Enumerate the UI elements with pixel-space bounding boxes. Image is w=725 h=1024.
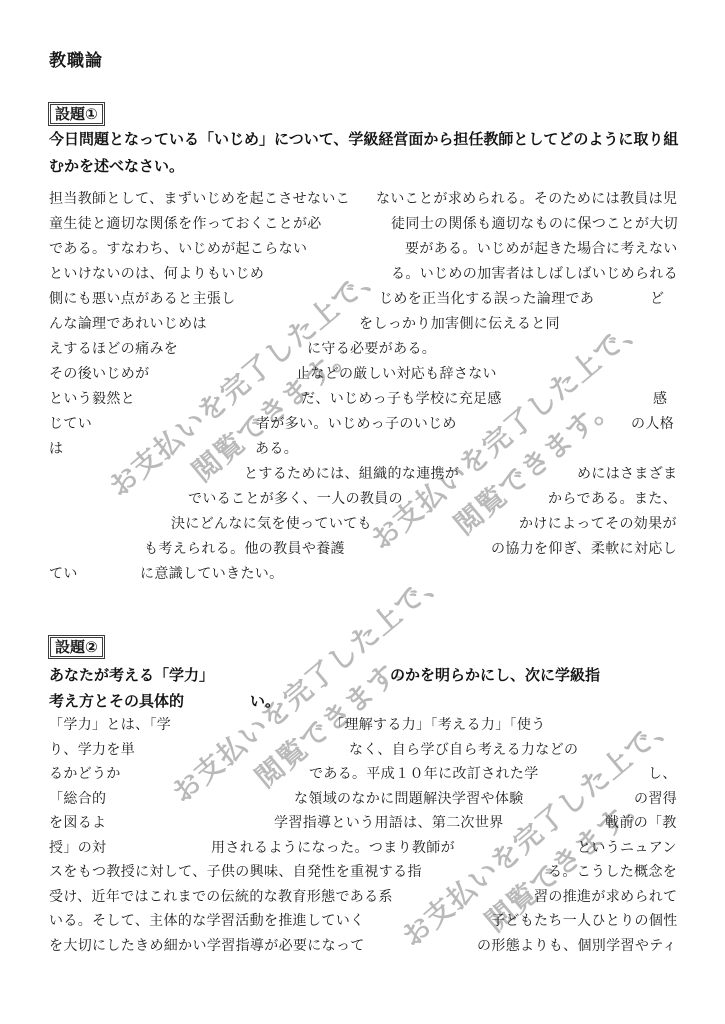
text-segment: 止などの厳しい対応も辞さない — [296, 363, 497, 383]
body-text-row: でいることが多く、一人の教員のからである。また、 — [49, 488, 677, 508]
question-text-row: 今日問題となっている「いじめ」について、学級経営面から担任教師としてどのように取… — [49, 128, 677, 148]
text-segment: 感 — [653, 388, 667, 408]
body-text-row: 担当教師として、まずいじめを起こさせないこないことが求められる。そのためには教員… — [49, 188, 677, 208]
text-segment: といけないのは、何よりもいじめ — [49, 263, 264, 283]
body-text-row: 授」の対用されるようになった。つまり教師がというニュアン — [49, 837, 677, 857]
body-text-row: その後いじめが止などの厳しい対応も辞さない — [49, 363, 677, 383]
text-segment: 習の推進が求められて — [534, 886, 678, 906]
body-text-row: という毅然とだ、いじめっ子も学校に充足感感 — [49, 388, 677, 408]
text-segment: なく、自ら学び自ら考える力などの — [349, 739, 578, 759]
text-segment: な領域のなかに問題解決学習や体験 — [294, 788, 524, 808]
text-segment: だ、いじめっ子も学校に充足感 — [301, 388, 502, 408]
text-segment: 「学力」とは、「学 — [49, 714, 171, 734]
body-text-row: いる。そして、主体的な学習活動を推進していく子どもたち一人ひとりの個性 — [49, 910, 677, 930]
text-segment: 戦前の「教 — [605, 812, 677, 832]
text-segment: てい — [49, 563, 78, 583]
text-segment: の習得 — [634, 788, 677, 808]
text-segment: の人格 — [631, 413, 674, 433]
text-segment: スをもつ教授に対して、子供の興味、自発性を重視する指 — [49, 861, 422, 881]
text-segment: 今日問題となっている「いじめ」について、学級経営面から担任教師としてどのように取… — [49, 128, 678, 149]
document-title: 教職論 — [49, 46, 103, 71]
body-text-row: も考えられる。他の教員や養護の協力を仰ぎ、柔軟に対応し — [49, 538, 677, 558]
body-text-row: ていに意識していきたい。 — [49, 563, 677, 583]
text-segment: 決にどんなに気を使っていても — [171, 513, 372, 533]
text-segment: 学習指導という用語は、第二次世界 — [274, 812, 504, 832]
text-segment: 「理解する力」「考える力」「使う — [330, 714, 546, 734]
text-segment: んな論理であれいじめは — [49, 313, 207, 333]
question-text-row: 考え方とその具体的い。 — [49, 690, 677, 710]
text-segment: 要がある。いじめが起きた場合に考えない — [405, 238, 678, 258]
text-segment: 考え方とその具体的 — [49, 690, 184, 711]
text-segment: である。すなわち、いじめが起こらない — [49, 238, 307, 258]
text-segment: 受け、近年ではこれまでの伝統的な教育形態である系 — [49, 886, 393, 906]
text-segment: 子どもたち一人ひとりの個性 — [491, 910, 678, 930]
text-segment: の協力を仰ぎ、柔軟に対応し — [491, 538, 677, 558]
text-segment: 用されるようになった。つまり教師が — [211, 837, 455, 857]
text-segment: のかを明らかにし、次に学級指 — [390, 664, 600, 685]
text-segment: 「総合的 — [49, 788, 106, 808]
body-text-row: である。すなわち、いじめが起こらない要がある。いじめが起きた場合に考えない — [49, 238, 677, 258]
text-segment: とするためには、組織的な連携が — [244, 463, 459, 483]
text-segment: でいることが多く、一人の教員の — [188, 488, 403, 508]
body-text-row: 童生徒と適切な関係を作っておくことが必徒同士の関係も適切なものに保つことが大切 — [49, 213, 677, 233]
body-text-row: 「学力」とは、「学「理解する力」「考える力」「使う — [49, 714, 677, 734]
body-text-row: スをもつ教授に対して、子供の興味、自発性を重視する指る。こうした概念を — [49, 861, 677, 881]
text-segment: いる。そして、主体的な学習活動を推進していく — [49, 910, 364, 930]
text-segment: である。平成１０年に改訂された学 — [309, 763, 539, 783]
scanned-document-page: 教職論 設題① 設題② お支払いを完了した上で、閲覧できます。お支払いを完了した… — [0, 0, 725, 1024]
body-text-row: んな論理であれいじめはをしっかり加害側に伝えると同 — [49, 313, 677, 333]
text-segment: い。 — [250, 690, 280, 711]
question-text-row: あなたが考える「学力」のかを明らかにし、次に学級指 — [49, 664, 677, 684]
body-text-row: を大切にしたきめ細かい学習指導が必要になっての形態よりも、個別学習やティ — [49, 935, 677, 955]
text-segment: めにはさまざま — [577, 463, 677, 483]
text-segment: をしっかり加害側に伝えると同 — [359, 313, 560, 333]
body-text-row: 決にどんなに気を使っていてもかけによってその効果が — [49, 513, 677, 533]
body-text-row: じてい者が多い。いじめっ子のいじめの人格 — [49, 413, 677, 433]
text-segment: は — [49, 438, 63, 458]
text-segment: ど — [650, 288, 664, 308]
text-segment: る。いじめの加害者はしばしばいじめられる — [391, 263, 678, 283]
text-segment: 徒同士の関係も適切なものに保つことが大切 — [391, 213, 678, 233]
text-segment: も考えられる。他の教員や養護 — [144, 538, 345, 558]
text-segment: り、学力を単 — [49, 739, 135, 759]
text-segment: じてい — [49, 413, 92, 433]
text-segment: えするほどの痛みを — [49, 338, 178, 358]
text-segment: の形態よりも、個別学習やティ — [477, 935, 677, 955]
text-segment: 童生徒と適切な関係を作っておくことが必 — [49, 213, 322, 233]
text-segment: というニュアン — [577, 837, 677, 857]
text-segment: に意識していきたい。 — [140, 563, 284, 583]
text-segment: 側にも悪い点があると主張し — [49, 288, 236, 308]
text-segment: を大切にしたきめ細かい学習指導が必要になって — [49, 935, 365, 955]
question-text-row: むかを述べなさい。 — [49, 155, 677, 175]
body-text-row: 受け、近年ではこれまでの伝統的な教育形態である系習の推進が求められて — [49, 886, 677, 906]
text-segment: 者が多い。いじめっ子のいじめ — [256, 413, 457, 433]
text-segment: に守る必要がある。 — [307, 338, 436, 358]
text-segment: るかどうか — [49, 763, 121, 783]
body-text-row: 「総合的な領域のなかに問題解決学習や体験の習得 — [49, 788, 677, 808]
question-label-2: 設題② — [48, 635, 105, 659]
text-segment: からである。また、 — [548, 488, 677, 508]
text-segment: ないことが求められる。そのためには教員は児 — [376, 188, 677, 208]
body-text-row: を図るよ学習指導という用語は、第二次世界戦前の「教 — [49, 812, 677, 832]
body-text-row: とするためには、組織的な連携がめにはさまざま — [49, 463, 677, 483]
text-segment: あなたが考える「学力」 — [49, 664, 214, 685]
text-segment: を図るよ — [49, 812, 106, 832]
text-segment: むかを述べなさい。 — [49, 155, 184, 176]
text-segment: 担当教師として、まずいじめを起こさせないこ — [49, 188, 350, 208]
question-label-1: 設題① — [48, 102, 105, 126]
text-segment: ある。 — [255, 438, 298, 458]
text-segment: その後いじめが — [49, 363, 149, 383]
body-text-row: はある。 — [49, 438, 677, 458]
body-text-row: 側にも悪い点があると主張しじめを正当化する誤った論理であど — [49, 288, 677, 308]
body-text-row: り、学力を単なく、自ら学び自ら考える力などの — [49, 739, 677, 759]
body-text-row: といけないのは、何よりもいじめる。いじめの加害者はしばしばいじめられる — [49, 263, 677, 283]
body-text-row: えするほどの痛みをに守る必要がある。 — [49, 338, 677, 358]
body-text-row: るかどうかである。平成１０年に改訂された学し、 — [49, 763, 677, 783]
text-segment: かけによってその効果が — [519, 513, 677, 533]
text-segment: 授」の対 — [49, 837, 106, 857]
text-segment: し、 — [648, 763, 677, 783]
text-segment: じめを正当化する誤った論理であ — [379, 288, 594, 308]
text-segment: という毅然と — [49, 388, 135, 408]
text-segment: る。こうした概念を — [548, 861, 677, 881]
